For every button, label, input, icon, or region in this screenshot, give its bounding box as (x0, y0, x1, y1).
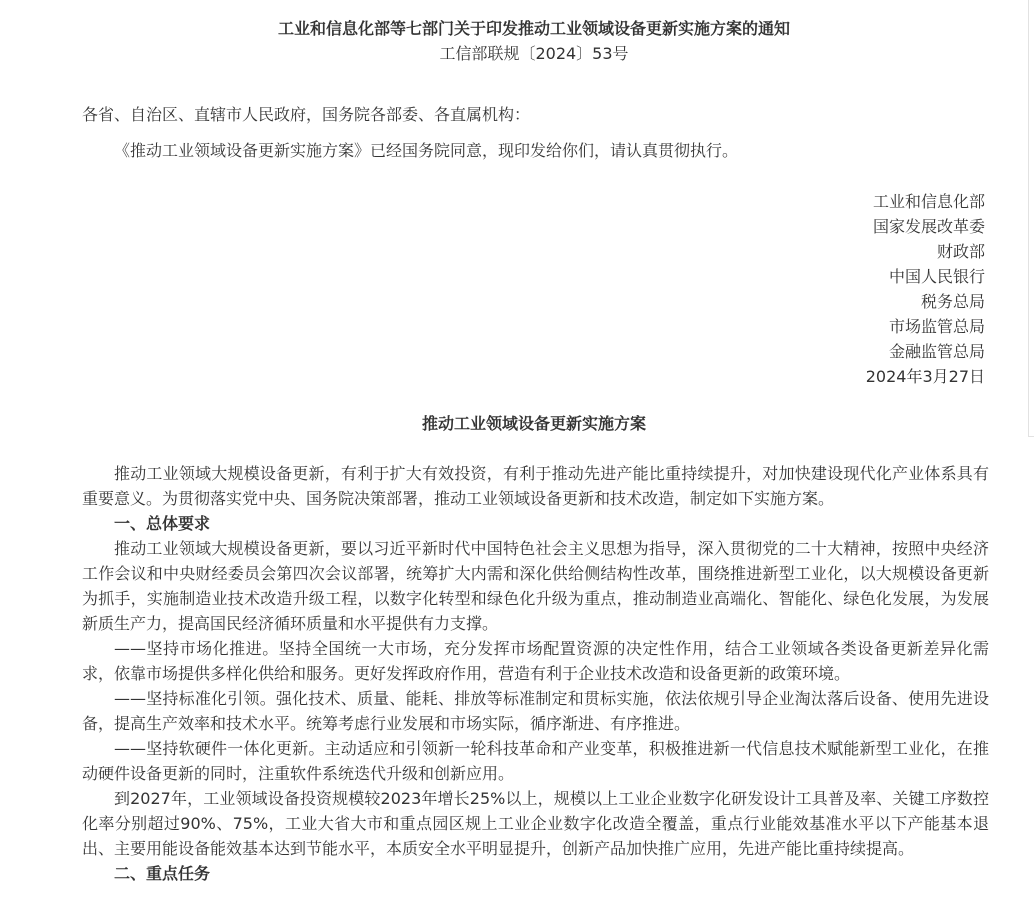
signature-block: 工业和信息化部 国家发展改革委 财政部 中国人民银行 税务总局 市场监管总局 金… (866, 189, 985, 389)
issuer: 工业和信息化部 (866, 189, 985, 214)
page-border-line (1028, 0, 1029, 437)
section-heading: 一、总体要求 (82, 511, 989, 536)
page-border-line-foot (1028, 436, 1034, 437)
notice-body: 《推动工业领域设备更新实施方案》已经国务院同意，现印发给你们，请认真贯彻执行。 (114, 140, 738, 162)
issuer: 金融监管总局 (866, 339, 985, 364)
paragraph: 推动工业领域大规模设备更新，要以习近平新时代中国特色社会主义思想为指导，深入贯彻… (82, 536, 989, 636)
issuer: 税务总局 (866, 289, 985, 314)
principle-software-hardware: ——坚持软硬件一体化更新。主动适应和引领新一轮科技革命和产业变革，积极推进新一代… (82, 736, 989, 786)
plan-body: 推动工业领域大规模设备更新，有利于扩大有效投资，有利于推动先进产能比重持续提升，… (82, 461, 989, 886)
issuer: 财政部 (866, 239, 985, 264)
plan-title: 推动工业领域设备更新实施方案 (0, 413, 1034, 435)
issuer: 中国人民银行 (866, 264, 985, 289)
issuer: 国家发展改革委 (866, 214, 985, 239)
issuer: 市场监管总局 (866, 314, 985, 339)
notice-title: 工业和信息化部等七部门关于印发推动工业领域设备更新实施方案的通知 (0, 18, 1034, 40)
salutation: 各省、自治区、直辖市人民政府，国务院各部委、各直属机构： (82, 104, 530, 126)
target-2027: 到2027年，工业领域设备投资规模较2023年增长25%以上，规模以上工业企业数… (82, 786, 989, 861)
plan-intro: 推动工业领域大规模设备更新，有利于扩大有效投资，有利于推动先进产能比重持续提升，… (82, 461, 989, 511)
issue-date: 2024年3月27日 (866, 364, 985, 389)
principle-standard: ——坚持标准化引领。强化技术、质量、能耗、排放等标准制定和贯标实施，依法依规引导… (82, 686, 989, 736)
section-heading: 二、重点任务 (82, 861, 989, 886)
principle-market: ——坚持市场化推进。坚持全国统一大市场，充分发挥市场配置资源的决定性作用，结合工… (82, 636, 989, 686)
document-number: 工信部联规〔2024〕53号 (0, 43, 1034, 65)
